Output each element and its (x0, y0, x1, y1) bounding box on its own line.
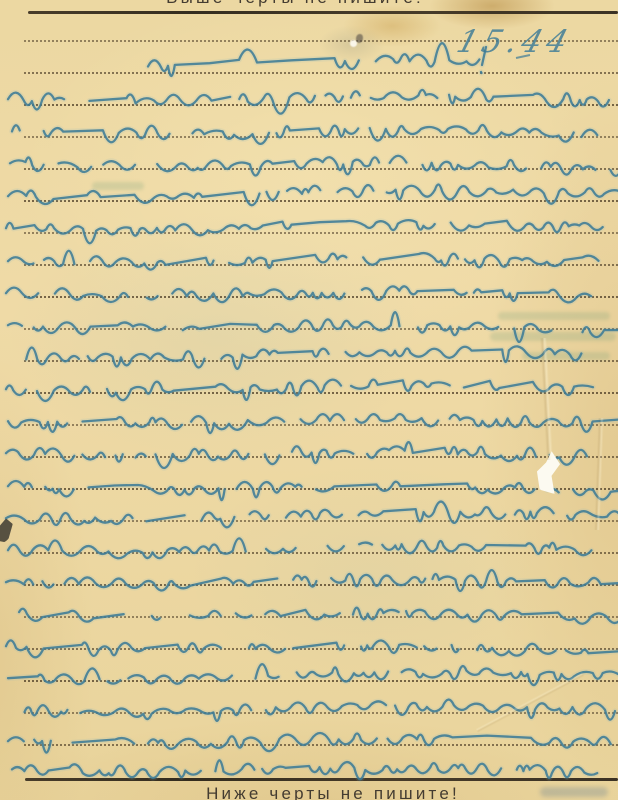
handwritten-date: 15.44 (453, 25, 577, 60)
handwriting-line (8, 185, 618, 206)
ink-layer (6, 43, 618, 779)
handwriting-line (8, 89, 609, 114)
handwriting-line (6, 442, 612, 468)
handwriting-line (8, 414, 618, 433)
handwriting-line (8, 481, 618, 500)
ink-halo-layer (6, 43, 618, 779)
handwriting-line (6, 380, 609, 401)
handwriting-layer: 15.44 (0, 0, 618, 800)
paper-chip (350, 40, 357, 47)
handwriting-line (12, 760, 597, 779)
handwriting-line (148, 43, 486, 76)
handwriting-line (8, 538, 591, 558)
letter-scan-page: Выше черты не пишите! Ниже черты не пиши… (0, 0, 618, 800)
